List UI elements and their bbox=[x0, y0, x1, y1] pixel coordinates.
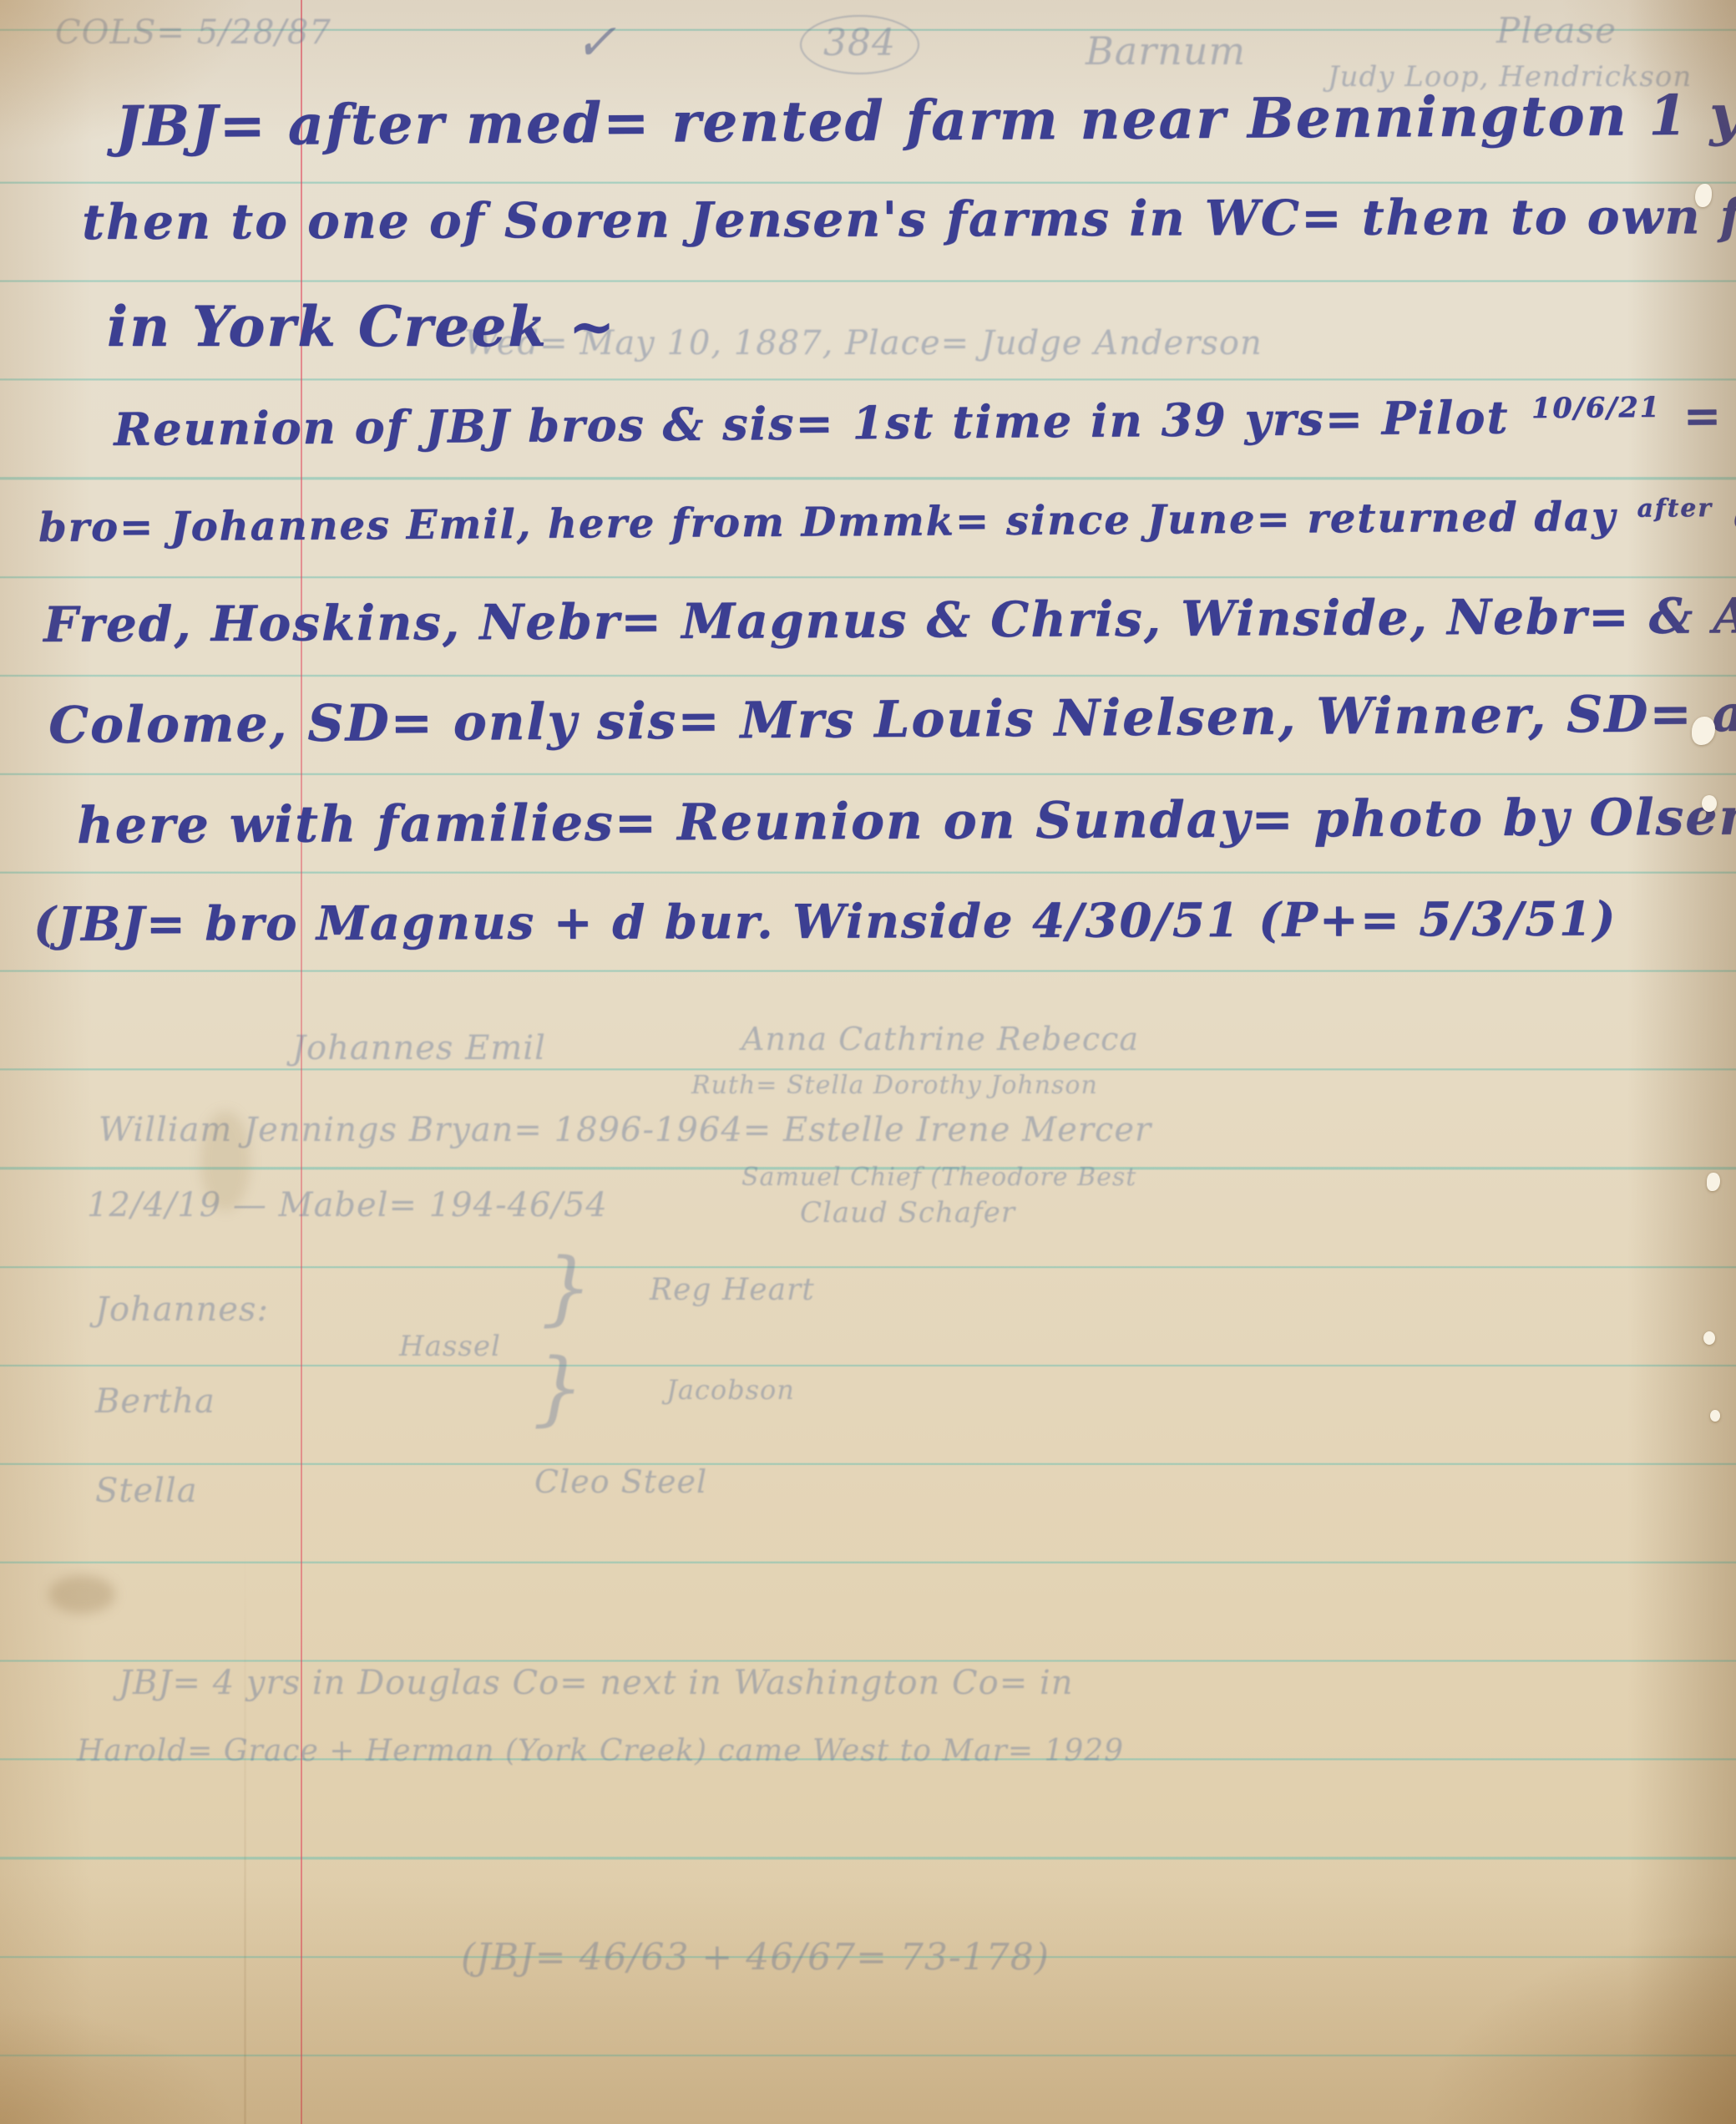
line-4-tail: = bbox=[1683, 388, 1723, 442]
line-5-tail: of reunion bbox=[1733, 491, 1736, 540]
handwritten-line-8: here with families= Reunion on Sunday= p… bbox=[77, 788, 1736, 855]
handwriting-layer: JBJ= after med= rented farm near Benning… bbox=[0, 0, 1736, 2124]
line-4-text: Reunion of JBJ bros & sis= 1st time in 3… bbox=[114, 390, 1510, 456]
handwritten-line-6: Fred, Hoskins, Nebr= Magnus & Chris, Win… bbox=[43, 586, 1736, 653]
line-5-text: bro= Johannes Emil, here from Dmmk= sinc… bbox=[38, 494, 1617, 551]
torn-edge-chip bbox=[1702, 795, 1717, 812]
notebook-page: COLS= 5/28/87 ✓ 384 Barnum Please Judy L… bbox=[0, 0, 1736, 2124]
handwritten-line-3: in York Creek ~ bbox=[107, 294, 616, 359]
handwritten-line-2: then to one of Soren Jensen's farms in W… bbox=[82, 188, 1736, 251]
handwritten-line-1: JBJ= after med= rented farm near Benning… bbox=[115, 82, 1736, 159]
line-4-superscript-date: 10/6/21 bbox=[1531, 390, 1661, 423]
handwritten-line-4: Reunion of JBJ bros & sis= 1st time in 3… bbox=[114, 388, 1723, 456]
torn-edge-chip bbox=[1710, 1410, 1720, 1422]
handwritten-line-5: bro= Johannes Emil, here from Dmmk= sinc… bbox=[38, 491, 1736, 551]
handwritten-line-9: (JBJ= bro Magnus + d bur. Winside 4/30/5… bbox=[33, 891, 1617, 952]
line-5-inserted-word: after bbox=[1637, 494, 1713, 524]
handwritten-line-7: Colome, SD= only sis= Mrs Louis Nielsen,… bbox=[48, 684, 1736, 755]
torn-edge-chip bbox=[1703, 1331, 1715, 1345]
